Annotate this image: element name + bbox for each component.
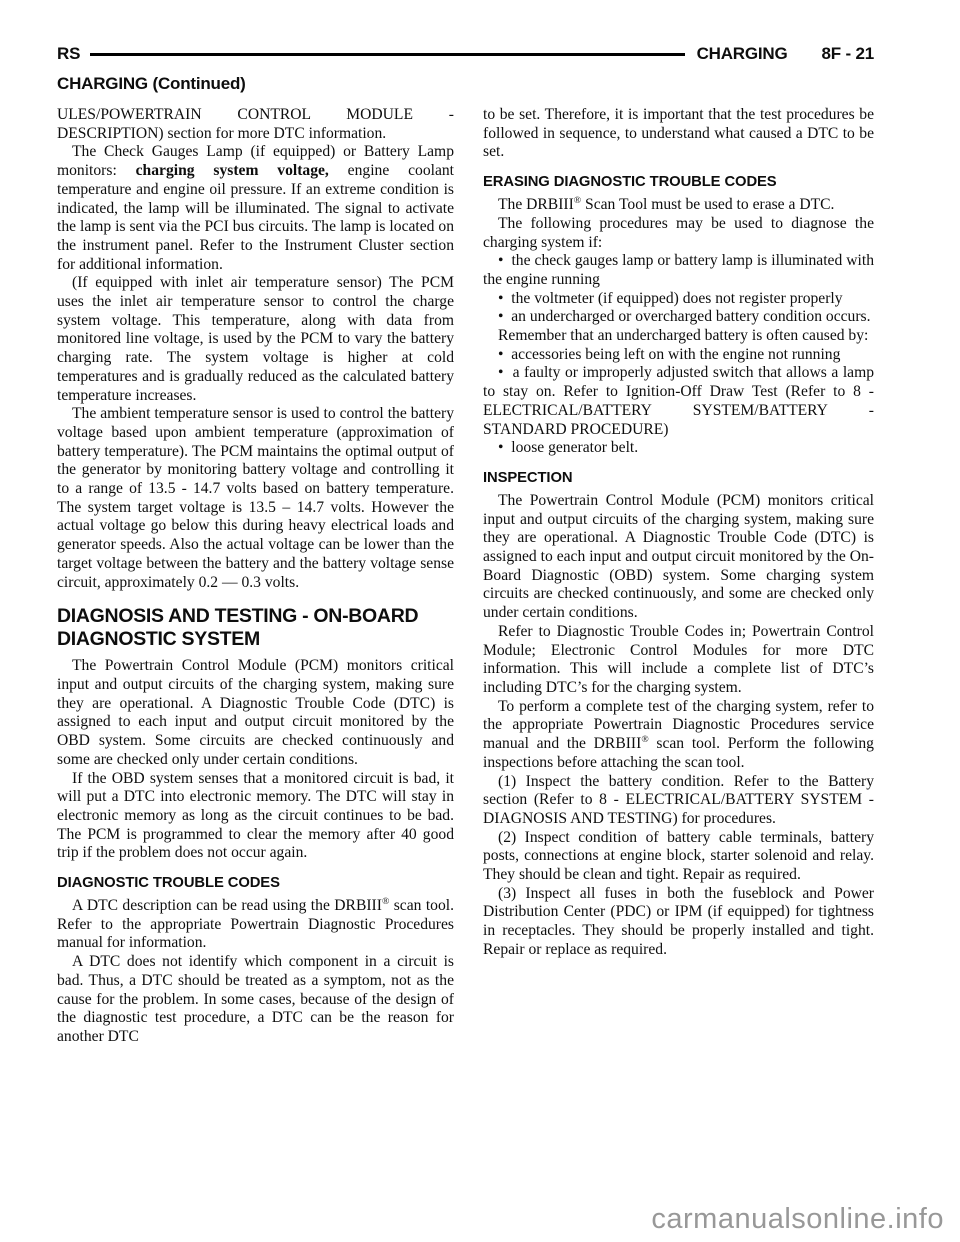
page-body: ULES/POWERTRAIN CONTROL MODULE - DESCRIP… [57, 106, 874, 1047]
text-run: Scan Tool must be used to erase a DTC. [581, 196, 834, 213]
text-run: (If equipped with inlet air temperature … [57, 274, 454, 403]
text-run: ULES/POWERTRAIN CONTROL MODULE - DESCRIP… [57, 106, 454, 142]
sub-heading: INSPECTION [483, 470, 874, 487]
bullet-icon: • [498, 439, 511, 456]
bullet-paragraph: • the voltmeter (if equipped) does not r… [483, 290, 874, 309]
bullet-icon: • [498, 252, 511, 269]
text-run: Refer to Diagnostic Trouble Codes in; Po… [483, 623, 874, 696]
text-run: INSPECTION [483, 470, 572, 486]
text-run: The following procedures may be used to … [483, 215, 874, 251]
text-run: a faulty or improperly adjusted switch t… [483, 364, 874, 437]
text-run: ERASING DIAGNOSTIC TROUBLE CODES [483, 174, 777, 190]
text-run: DIAGNOSTIC TROUBLE CODES [57, 875, 280, 891]
text-run: The Powertrain Control Module (PCM) moni… [483, 492, 874, 621]
text-run: an undercharged or overcharged battery c… [511, 308, 870, 325]
text-run: The DRBIII [498, 196, 574, 213]
text-run: If the OBD system senses that a monitore… [57, 770, 454, 862]
text-run: Remember that an undercharged battery is… [498, 327, 868, 344]
paragraph: Remember that an undercharged battery is… [483, 327, 874, 346]
section-heading: DIAGNOSIS AND TESTING - ON-BOARD DIAGNOS… [57, 605, 454, 651]
text-run: (1) Inspect the battery condition. Refer… [483, 773, 874, 827]
text-run: the voltmeter (if equipped) does not reg… [511, 290, 842, 307]
paragraph: (If equipped with inlet air temperature … [57, 274, 454, 405]
paragraph: to be set. Therefore, it is important th… [483, 106, 874, 162]
bullet-paragraph: • accessories being left on with the eng… [483, 346, 874, 365]
page-header: RS CHARGING 8F - 21 [57, 44, 874, 64]
paragraph: ULES/POWERTRAIN CONTROL MODULE - DESCRIP… [57, 106, 454, 143]
header-page-number: 8F - 21 [822, 44, 874, 64]
text-run: (3) Inspect all fuses in both the fusebl… [483, 885, 874, 958]
continued-heading: CHARGING (Continued) [57, 74, 246, 94]
text-run: A DTC description can be read using the … [72, 897, 382, 914]
paragraph: The Powertrain Control Module (PCM) moni… [57, 657, 454, 769]
bullet-icon: • [498, 308, 511, 325]
bullet-icon: • [498, 346, 511, 363]
text-run: ® [641, 734, 648, 745]
paragraph: (3) Inspect all fuses in both the fusebl… [483, 885, 874, 960]
paragraph: (2) Inspect condition of battery cable t… [483, 829, 874, 885]
text-run: accessories being left on with the engin… [511, 346, 840, 363]
text-run: DIAGNOSIS AND TESTING - ON-BOARD DIAGNOS… [57, 605, 418, 650]
sub-heading: ERASING DIAGNOSTIC TROUBLE CODES [483, 174, 874, 191]
text-run: charging system voltage, [136, 162, 329, 179]
text-run: (2) Inspect condition of battery cable t… [483, 829, 874, 883]
text-run: the check gauges lamp or battery lamp is… [483, 252, 874, 288]
paragraph: The DRBIII® Scan Tool must be used to er… [483, 196, 874, 215]
paragraph: To perform a complete test of the chargi… [483, 698, 874, 773]
sub-heading: DIAGNOSTIC TROUBLE CODES [57, 875, 454, 892]
bullet-icon: • [498, 290, 511, 307]
paragraph: The Powertrain Control Module (PCM) moni… [483, 492, 874, 623]
paragraph: The ambient temperature sensor is used t… [57, 405, 454, 592]
paragraph: A DTC description can be read using the … [57, 897, 454, 953]
header-section-code: RS [57, 44, 80, 64]
text-run: The ambient temperature sensor is used t… [57, 405, 454, 590]
paragraph: Refer to Diagnostic Trouble Codes in; Po… [483, 623, 874, 698]
text-run: loose generator belt. [511, 439, 638, 456]
paragraph: The following procedures may be used to … [483, 215, 874, 252]
left-column: ULES/POWERTRAIN CONTROL MODULE - DESCRIP… [57, 106, 454, 1047]
right-column: to be set. Therefore, it is important th… [483, 106, 874, 1047]
bullet-paragraph: • the check gauges lamp or battery lamp … [483, 252, 874, 289]
text-run: A DTC does not identify which component … [57, 953, 454, 1045]
paragraph: A DTC does not identify which component … [57, 953, 454, 1047]
watermark-text: carmanualsonline.info [651, 1203, 944, 1236]
bullet-icon: • [498, 364, 513, 381]
text-run: to be set. Therefore, it is important th… [483, 106, 874, 160]
text-run: The Powertrain Control Module (PCM) moni… [57, 657, 454, 768]
bullet-paragraph: • an undercharged or overcharged battery… [483, 308, 874, 327]
paragraph: (1) Inspect the battery condition. Refer… [483, 773, 874, 829]
paragraph: The Check Gauges Lamp (if equipped) or B… [57, 143, 454, 274]
paragraph: If the OBD system senses that a monitore… [57, 770, 454, 864]
header-rule [90, 53, 684, 56]
bullet-paragraph: • loose generator belt. [483, 439, 874, 458]
header-chapter-title: CHARGING [697, 44, 788, 64]
bullet-paragraph: • a faulty or improperly adjusted switch… [483, 364, 874, 439]
